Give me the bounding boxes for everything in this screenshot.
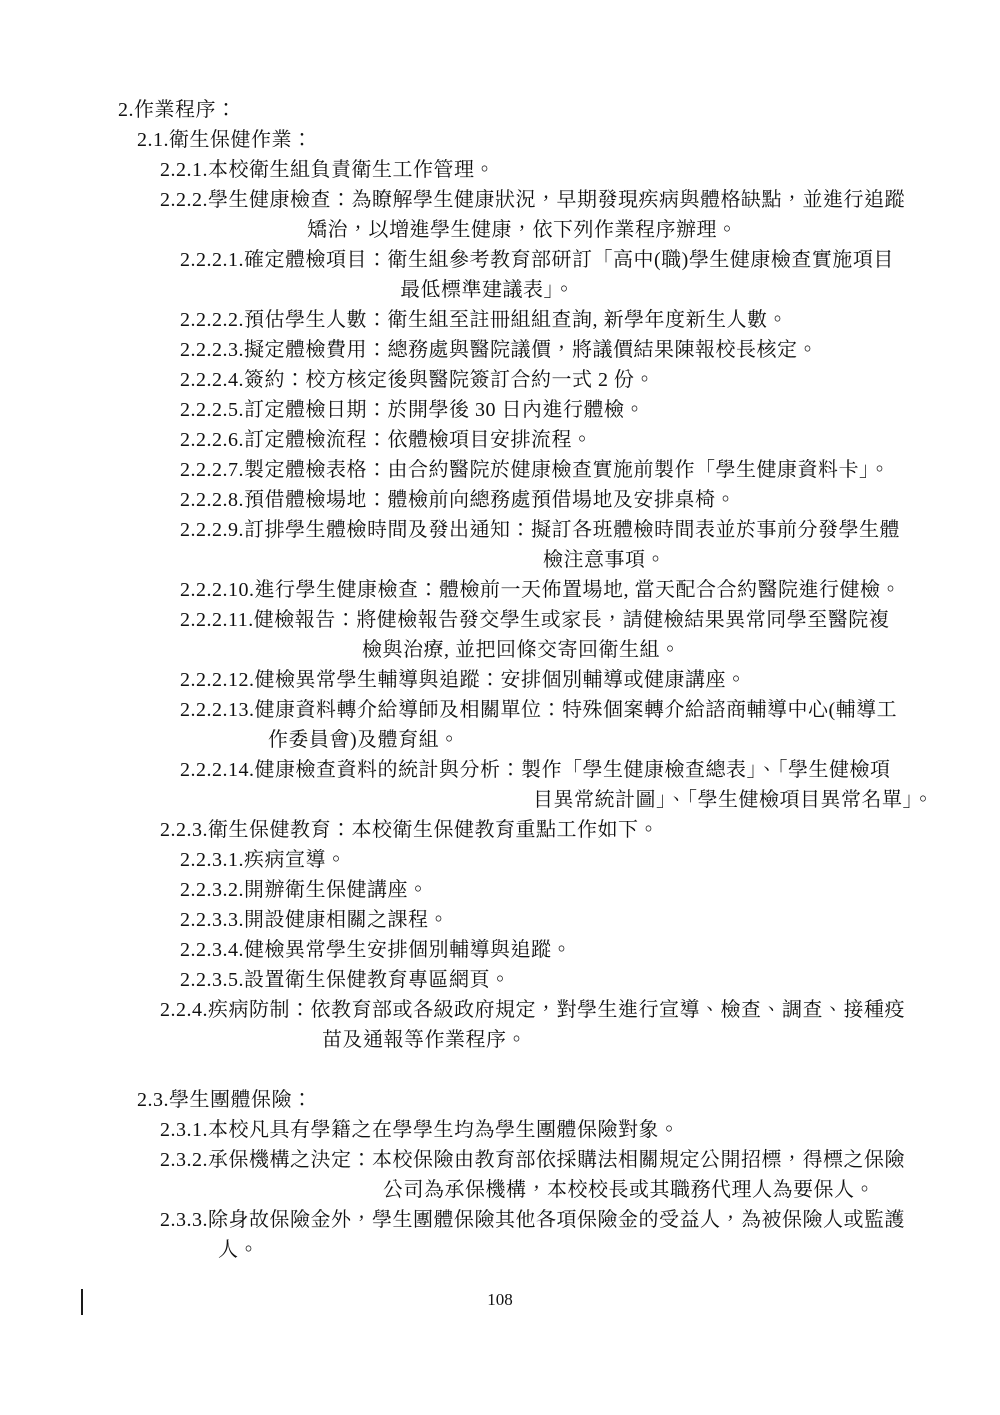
doc-line: 2.2.2.6.訂定體檢流程：依體檢項目安排流程。 — [180, 425, 1000, 455]
doc-line-continuation: 人。 — [218, 1235, 1000, 1265]
doc-line: 2.2.2.7.製定體檢表格：由合約醫院於健康檢查實施前製作「學生健康資料卡」。 — [180, 455, 1000, 485]
doc-line: 2.2.2.4.簽約：校方核定後與醫院簽訂合約一式 2 份。 — [180, 365, 1000, 395]
doc-line: 2.作業程序： — [118, 95, 1000, 125]
doc-line: 2.2.3.3.開設健康相關之課程。 — [180, 905, 1000, 935]
doc-line: 2.2.2.學生健康檢查：為瞭解學生健康狀況，早期發現疾病與體格缺點，並進行追蹤 — [160, 185, 1000, 215]
doc-line: 2.3.2.承保機構之決定：本校保險由教育部依採購法相關規定公開招標，得標之保險 — [160, 1145, 1000, 1175]
doc-line-continuation: 矯治，以增進學生健康，依下列作業程序辦理。 — [307, 215, 1000, 245]
doc-line: 2.2.3.4.健檢異常學生安排個別輔導與追蹤。 — [180, 935, 1000, 965]
doc-line: 2.2.1.本校衛生組負責衛生工作管理。 — [160, 155, 1000, 185]
page-number: 108 — [0, 1288, 1000, 1312]
doc-line: 2.2.2.5.訂定體檢日期：於開學後 30 日內進行體檢。 — [180, 395, 1000, 425]
doc-line-continuation: 公司為承保機構，本校校長或其職務代理人為要保人。 — [383, 1175, 1000, 1205]
doc-line: 2.1.衛生保健作業： — [137, 125, 1000, 155]
doc-line: 2.2.2.12.健檢異常學生輔導與追蹤：安排個別輔導或健康講座。 — [180, 665, 1000, 695]
doc-line: 2.2.3.2.開辦衛生保健講座。 — [180, 875, 1000, 905]
doc-line: 2.2.3.5.設置衛生保健教育專區網頁。 — [180, 965, 1000, 995]
doc-line-continuation: 苗及通報等作業程序。 — [322, 1025, 1000, 1055]
doc-line: 2.2.2.8.預借體檢場地：體檢前向總務處預借場地及安排桌椅。 — [180, 485, 1000, 515]
doc-line: 2.2.2.1.確定體檢項目：衛生組參考教育部研訂「高中(職)學生健康檢查實施項… — [180, 245, 1000, 275]
doc-line: 2.2.2.14.健康檢查資料的統計與分析：製作「學生健康檢查總表」、「學生健檢… — [180, 755, 1000, 785]
doc-line: 2.2.2.11.健檢報告：將健檢報告發交學生或家長，請健檢結果異常同學至醫院複 — [180, 605, 1000, 635]
doc-line: 2.3.學生團體保險： — [137, 1085, 1000, 1115]
doc-line-continuation: 檢注意事項。 — [543, 545, 1000, 575]
doc-line: 2.2.2.10.進行學生健康檢查：體檢前一天佈置場地, 當天配合合約醫院進行健… — [180, 575, 1000, 605]
doc-line: 2.2.2.3.擬定體檢費用：總務處與醫院議價，將議價結果陳報校長核定。 — [180, 335, 1000, 365]
doc-line-continuation: 作委員會)及體育組。 — [268, 725, 1000, 755]
doc-line: 2.2.2.13.健康資料轉介給導師及相關單位：特殊個案轉介給諮商輔導中心(輔導… — [180, 695, 1000, 725]
doc-line: 2.2.4.疾病防制：依教育部或各級政府規定，對學生進行宣導、檢查、調查、接種疫 — [160, 995, 1000, 1025]
doc-line-continuation: 檢與治療, 並把回條交寄回衛生組。 — [362, 635, 1000, 665]
doc-line: 2.2.3.衛生保健教育：本校衛生保健教育重點工作如下。 — [160, 815, 1000, 845]
doc-line-continuation: 目異常統計圖」、「學生健檢項目異常名單」。 — [533, 785, 1000, 815]
doc-line: 2.2.2.2.預估學生人數：衛生組至註冊組組查詢, 新學年度新生人數。 — [180, 305, 1000, 335]
blank-line — [0, 1055, 1000, 1085]
doc-line: 2.2.3.1.疾病宣導。 — [180, 845, 1000, 875]
doc-line: 2.3.1.本校凡具有學籍之在學學生均為學生團體保險對象。 — [160, 1115, 1000, 1145]
doc-line-continuation: 最低標準建議表」。 — [400, 275, 1000, 305]
doc-line: 2.2.2.9.訂排學生體檢時間及發出通知：擬訂各班體檢時間表並於事前分發學生體 — [180, 515, 1000, 545]
document-page: 2.作業程序： 2.1.衛生保健作業： 2.2.1.本校衛生組負責衛生工作管理。… — [0, 95, 1000, 1265]
doc-line: 2.3.3.除身故保險金外，學生團體保險其他各項保險金的受益人，為被保險人或監護 — [160, 1205, 1000, 1235]
